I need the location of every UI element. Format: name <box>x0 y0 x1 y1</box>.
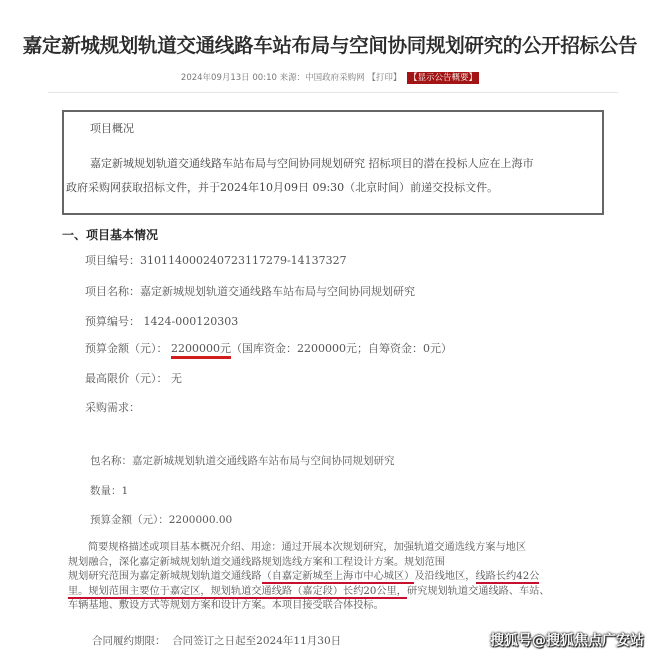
description-line1: 简要规格描述或项目基本概况介绍、用途：通过开展本次规划研究，加强轨道交通选线方案… <box>68 541 628 556</box>
budget-amount-value: 2200000元 <box>171 342 231 359</box>
highlight-line-length: 线路长约42公 <box>476 571 540 584</box>
project-number-value: 310114000240723117279-14137327 <box>140 254 347 267</box>
description-text: 研究规划轨道交通线路、车站、 <box>407 586 550 597</box>
overview-text-line1: 嘉定新城规划轨道交通线路车站布局与空间协同规划研究 招标项目的潜在投标人应在上海… <box>90 155 534 171</box>
budget-number-row: 预算编号： 1424-000120303 <box>85 313 238 329</box>
max-price-row: 最高限价（元）： 无 <box>85 370 182 386</box>
package-name-value: 嘉定新城规划轨道交通线路车站布局与空间协同规划研究 <box>132 455 395 467</box>
publish-datetime: 2024年09月13日 00:10 <box>181 73 277 83</box>
show-summary-button[interactable]: 【显示公告概要】 <box>407 72 479 84</box>
description-line2: 规划融合，深化嘉定新城规划轨道交通线路规划选线方案和工程设计方案。规划范围 <box>68 556 628 571</box>
package-name-row: 包名称：嘉定新城规划轨道交通线路车站布局与空间协同规划研究 <box>90 453 395 468</box>
description-text: 规划研究范围为嘉定新城规划轨道交通线路 <box>68 571 262 582</box>
package-budget-row: 预算金额（元）：2200000.00 <box>90 512 232 527</box>
quantity-label: 数量： <box>90 485 122 497</box>
budget-amount-row: 预算金额（元）： 2200000元（国库资金：2200000元；自筹资金：0元） <box>85 340 452 356</box>
project-number-row: 项目编号：310114000240723117279-14137327 <box>85 252 347 268</box>
package-budget-label: 预算金额（元）： <box>90 514 169 526</box>
divider <box>48 92 618 93</box>
contract-period-value: 合同签订之日起至2024年11月30日 <box>172 635 341 647</box>
description-line3: 规划研究范围为嘉定新城规划轨道交通线路（自嘉定新城至上海市中心城区）及沿线地区，… <box>68 570 628 585</box>
overview-text-line2: 政府采购网获取招标文件，并于2024年10月09日 09:30（北京时间）前递交… <box>66 179 498 195</box>
highlight-jiading-section: 里。规划范围主要位于嘉定区，规划轨道交通线路（嘉定段）长约20公里， <box>68 586 407 599</box>
project-number-label: 项目编号： <box>85 254 140 267</box>
quantity-value: 1 <box>122 485 129 497</box>
print-link[interactable]: 【打印】 <box>367 73 401 83</box>
description-line5: 车辆基地、敷设方式等规划方案和设计方案。本项目接受联合体投标。 <box>68 599 628 614</box>
watermark: 搜狐号@搜狐焦点广安站 <box>490 630 644 650</box>
max-price-value: 无 <box>171 372 182 385</box>
project-name-row: 项目名称：嘉定新城规划轨道交通线路车站布局与空间协同规划研究 <box>85 283 415 299</box>
project-name-label: 项目名称： <box>85 285 140 298</box>
package-budget-value: 2200000.00 <box>169 514 232 526</box>
source-name: 中国政府采购网 <box>305 73 365 83</box>
contract-period-label: 合同履约期限： <box>92 635 166 647</box>
highlight-route-span: （自嘉定新城至上海市中心城区） <box>262 571 415 584</box>
overview-box: 项目概况 嘉定新城规划轨道交通线路车站布局与空间协同规划研究 招标项目的潜在投标… <box>62 110 604 215</box>
description-text: 及沿线地区， <box>414 571 475 582</box>
procurement-demand-label: 采购需求： <box>85 399 140 415</box>
description-line4: 里。规划范围主要位于嘉定区，规划轨道交通线路（嘉定段）长约20公里，研究规划轨道… <box>68 585 628 600</box>
source-label: 来源： <box>280 73 306 83</box>
quantity-row: 数量：1 <box>90 483 128 498</box>
page-title: 嘉定新城规划轨道交通线路车站布局与空间协同规划研究的公开招标公告 <box>0 30 660 58</box>
overview-heading: 项目概况 <box>90 120 134 136</box>
project-name-value: 嘉定新城规划轨道交通线路车站布局与空间协同规划研究 <box>140 285 415 298</box>
package-name-label: 包名称： <box>90 455 132 467</box>
article-meta: 2024年09月13日 00:10 来源：中国政府采购网 【打印】 【显示公告概… <box>0 71 660 83</box>
section-heading: 一、项目基本情况 <box>62 226 158 243</box>
max-price-label: 最高限价（元）： <box>85 372 168 385</box>
budget-amount-detail: （国库资金：2200000元；自筹资金：0元） <box>231 342 452 355</box>
budget-number-label: 预算编号： <box>85 315 140 328</box>
project-description: 简要规格描述或项目基本概况介绍、用途：通过开展本次规划研究，加强轨道交通选线方案… <box>68 541 628 614</box>
contract-period-row: 合同履约期限： 合同签订之日起至2024年11月30日 <box>92 633 341 648</box>
budget-number-value: 1424-000120303 <box>144 315 239 328</box>
budget-amount-label: 预算金额（元）： <box>85 342 168 355</box>
